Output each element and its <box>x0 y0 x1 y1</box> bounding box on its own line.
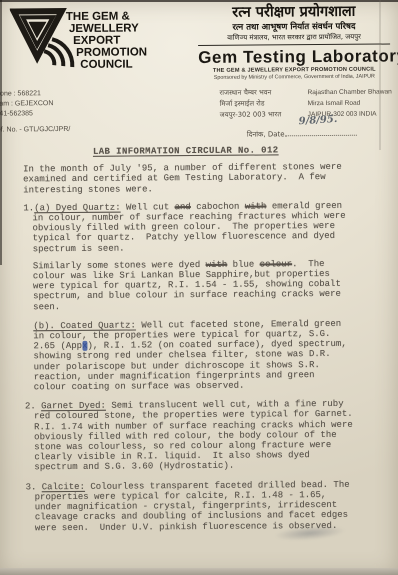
date-dotted-line <box>285 128 357 137</box>
org-sponsor-line: Sponsored by Ministry of Commerce, Gover… <box>198 73 390 82</box>
handwritten-date: 9/8/95. <box>298 114 337 127</box>
scanned-letter: THE GEM & JEWELLERY EXPORT PROMOTION COU… <box>0 0 398 575</box>
svg-text:JEWELLERY: JEWELLERY <box>69 22 139 35</box>
masthead: रत्न परीक्षण प्रयोगशाला रत्न तथा आभूषण न… <box>198 3 391 82</box>
scan-edge-left <box>0 0 2 265</box>
item-1a-blue-dye-note: Similarly some stones were dyed with blu… <box>24 258 382 312</box>
scan-edge-bottom <box>0 568 398 575</box>
gjepc-logo-icon: THE GEM & JEWELLERY EXPORT PROMOTION COU… <box>10 4 171 81</box>
phone-line: Phone : 568221 <box>0 89 53 99</box>
letter-body: LAB INFORMATION CIRCULAR No. 012 In the … <box>23 145 384 534</box>
item-1a-dyed-quartz: 1.(a) Dyed Quartz: Well cut and cabochon… <box>23 200 381 254</box>
scan-edge-top <box>0 0 398 2</box>
item-2-garnet-dyed: 2. Garnet Dyed: Semi translucent well cu… <box>25 399 384 473</box>
svg-text:COUNCIL: COUNCIL <box>80 59 132 71</box>
hindi-sponsor-line: वाणिज्य मंत्रालय, भारत सरकार द्वारा प्रा… <box>198 32 390 46</box>
svg-text:EXPORT: EXPORT <box>73 35 120 47</box>
date-block: 9/8/95. दिनांक, Date <box>247 110 389 140</box>
item-1b-coated-quartz: (b). Coated Quartz: Well cut faceted sto… <box>24 318 383 392</box>
svg-text:THE GEM &: THE GEM & <box>66 11 130 24</box>
org-name: Gem Testing Laboratory <box>198 46 390 68</box>
scan-crease <box>379 0 381 150</box>
gram-line: Gram : GEJEXCON <box>0 99 53 109</box>
hindi-title: रत्न परीक्षण प्रयोगशाला <box>198 3 390 22</box>
circular-title: LAB INFORMATION CIRCULAR No. 012 <box>93 145 381 157</box>
date-label: दिनांक, Date <box>247 130 285 138</box>
svg-text:PROMOTION: PROMOTION <box>76 46 147 59</box>
intro-paragraph: In the month of July '95, a number of di… <box>23 162 381 195</box>
ref-number: Ref. No. - GTL/GJC/JPR/ <box>0 125 70 136</box>
contact-block: Phone : 568221 Gram : GEJEXCON 0141-5623… <box>0 89 54 119</box>
fax-line: 0141-562385 <box>0 109 54 119</box>
